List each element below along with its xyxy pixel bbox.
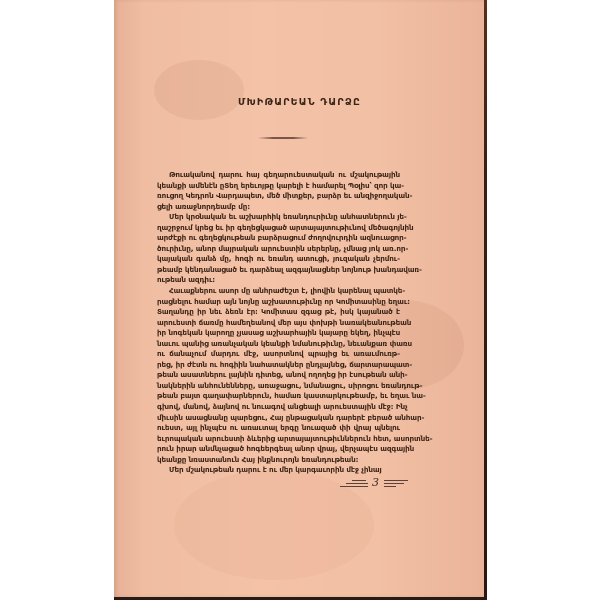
text-line: արժէքի ու գեղեցկութեան բարձրացում ժողովո… <box>157 233 400 244</box>
text-line: ղաշրջում կրեց եւ իր գեղեցկացած արտայայտո… <box>157 223 400 234</box>
folio-rule <box>346 483 368 484</box>
text-line: արուեստի ճառմը համեղեանով մեր այս փոխթի … <box>157 318 400 329</box>
text-line: միւսին ասացնանը պարեցու, Հայ ընթացական դ… <box>157 413 400 424</box>
text-line: թեան ասատներու լայնին դիտեց, անով ողողեց… <box>157 370 400 381</box>
text-line: իր նոգեկան կարողը չյասաց աշխարհային կայա… <box>157 328 400 339</box>
text-line: նակներին անհունենները, առաջացու, նմանացո… <box>157 381 400 392</box>
text-line: ծուրիւնը, անոր մայրական արուեստին սերերն… <box>157 244 400 255</box>
text-line: ութեան ազդիւ: <box>157 275 400 286</box>
text-line: րեց, իր ժէտն ու հոգիին նահատակներ ընդլայ… <box>157 360 400 371</box>
text-line: Հաւաքներու ասոր մը անհրաժեշտ է, լիովին կ… <box>157 286 400 297</box>
text-line: ռուցող Կեդրոն Վարդապետ, մեծ միտքեր, բարձ… <box>157 191 400 202</box>
text-line: Մեր կրօնական եւ աշխարհիկ եռանդուրիւնը ան… <box>157 212 400 223</box>
text-line: րացնելու համար այն նոյնը աշխատութիւնը որ… <box>157 297 400 308</box>
text-line: գխով, մանով, ձայնով ու նուագով անցեալի ա… <box>157 402 400 413</box>
text-line: ու ճանաչում մարդու մէջ, ասորտնով պրայից … <box>157 349 400 360</box>
text-line: Տաղանդը իր նեւ ձեռն էր։ Կոմիտաս զգաց թէ,… <box>157 307 400 318</box>
text-line: թեան բայտ գաղափարներուն, համառ կաստարկու… <box>157 391 400 402</box>
text-line: Թուականով դարու հայ գեղարուեստական ու մշ… <box>157 170 400 181</box>
folio-rule <box>352 480 366 481</box>
body-text: Թուականով դարու հայ գեղարուեստական ու մշ… <box>157 170 400 476</box>
text-line: Մեր մշակութեան դարու է ու մեր կարգաւորին… <box>157 465 400 476</box>
folio-rule <box>340 486 368 487</box>
folio-rule <box>384 486 396 487</box>
page-folio: 3 <box>340 476 410 492</box>
text-line: կեանքը նռաստանուն Հայ ինքնուրոյն եռանդու… <box>157 455 400 466</box>
text-line: ցելի առաջնորդեամբ մը: <box>157 202 400 213</box>
text-line: թեամբ կենդանացած եւ դարձեալ ազգայնացներ … <box>157 265 400 276</box>
text-line: կայական գանձ մը, հոգի ու եռանդ ատուցի, յ… <box>157 254 400 265</box>
page-number: 3 <box>372 476 379 489</box>
text-line: ուեստ, այլ ինչպէս ու առաւտալ երգը նուազա… <box>157 423 400 434</box>
folio-rule <box>384 480 408 481</box>
text-line: րուն իրար անմնչացած հոգեերգեալ անոր վրայ… <box>157 444 400 455</box>
scanned-page: ՄԽԻԹԱՐԵԱՆ ԴԱՐՁԸ Թուականով դարու հայ գեղա… <box>114 0 485 597</box>
chapter-title: ՄԽԻԹԱՐԵԱՆ ԴԱՐՁԸ <box>114 97 485 108</box>
text-line: կեանքի ամենէն ըՏեղ երեւոյթը կարելի է համ… <box>157 181 400 192</box>
text-line: եւրոպական արուեստի ձևերից արտայայտութիւն… <box>157 434 400 445</box>
paper-stain <box>154 60 244 120</box>
folio-rule <box>384 483 404 484</box>
text-line: նաւու պանից առանչական կեանքի նմանութիւնը… <box>157 339 400 350</box>
title-divider <box>258 137 308 139</box>
